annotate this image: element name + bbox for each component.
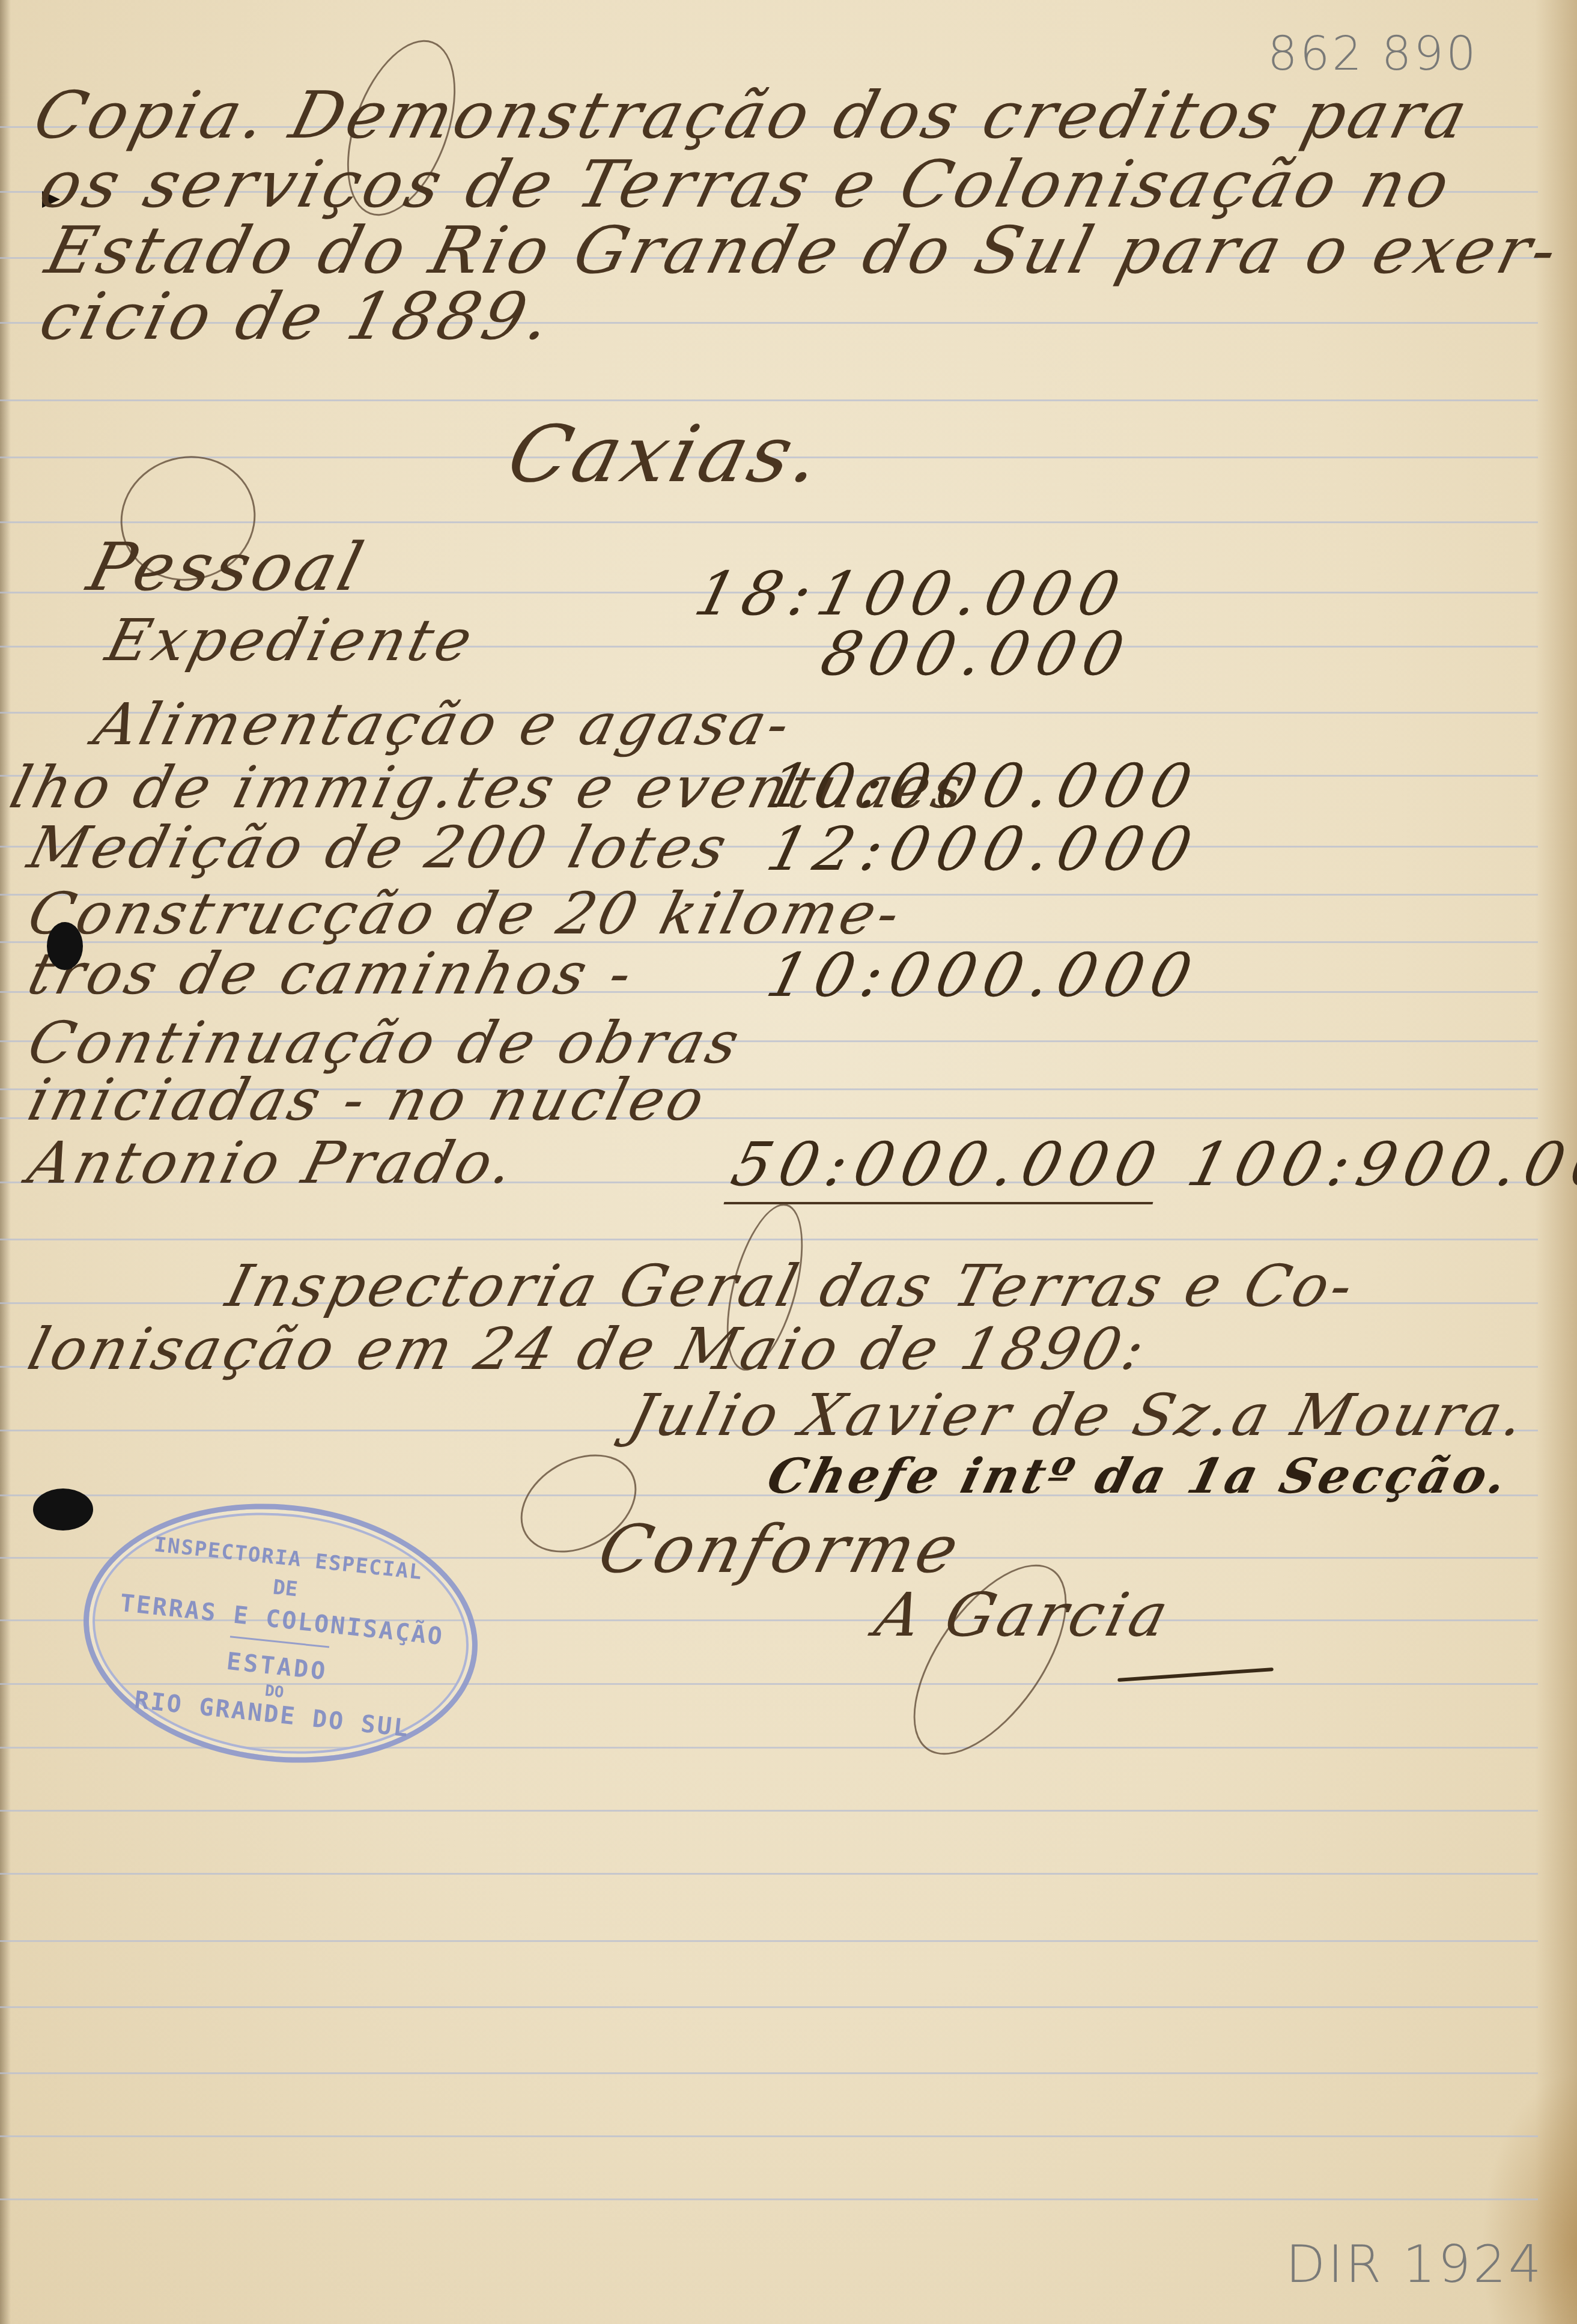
total-amount: 100:900.000 <box>1180 1129 1577 1200</box>
heading-line-4: cicio de 1889. <box>32 279 562 354</box>
official-stamp: INSPECTORIA ESPECIAL DE TERRAS E COLONIS… <box>70 1485 490 1782</box>
document-page: 862 890 Copia. Demonstração dos creditos… <box>0 0 1577 2324</box>
punch-hole-upper <box>47 922 83 970</box>
item-pessoal-label: Pessoal <box>81 529 374 605</box>
heading-line-1: Copia. Demonstração dos creditos para <box>26 78 1477 153</box>
approval-signature: A Garcia <box>868 1580 1178 1650</box>
archive-number: 862 890 <box>1268 27 1478 81</box>
item-continuacao-label-2: iniciadas - no nucleo <box>22 1066 714 1133</box>
closing-line-2: lonisação em 24 de Maio de 1890: <box>22 1315 1155 1383</box>
closing-line-1: Inspectoria Geral das Terras e Co- <box>220 1252 1363 1320</box>
item-alimentacao-amount: 10:000.000 <box>760 751 1207 821</box>
section-title: Caxias. <box>499 408 834 500</box>
item-construccao-amount: 10:000.000 <box>760 940 1207 1010</box>
item-expediente-label: Expediente <box>100 607 482 674</box>
item-medicao-label: Medição de 200 lotes <box>22 814 737 881</box>
signature-underline <box>1117 1667 1274 1682</box>
item-continuacao-label-3: Antonio Prado. <box>22 1129 524 1197</box>
punch-hole-lower <box>33 1488 93 1531</box>
paper-left-edge <box>0 0 11 2324</box>
item-continuacao-amount: 50:000.000 <box>723 1129 1171 1204</box>
item-alimentacao-label-1: Alimentação e agasa- <box>88 691 800 758</box>
item-expediente-amount: 800.000 <box>814 619 1139 689</box>
item-construccao-label-2: tros de caminhos - <box>22 940 642 1007</box>
item-medicao-amount: 12:000.000 <box>760 814 1207 884</box>
signatory-title: Chefe intº da 1a Secção. <box>762 1448 1516 1504</box>
signatory-name: Julio Xavier de Sz.a Moura. <box>622 1382 1535 1449</box>
heading-line-3: Estado do Rio Grande do Sul para o exer- <box>38 213 1568 288</box>
heading-line-2: os serviços de Terras e Colonisação no <box>32 147 1460 222</box>
archive-code: DIR 1924 <box>1286 2234 1544 2295</box>
stamp-divider <box>230 1636 330 1648</box>
approval-word: Conforme <box>591 1511 970 1588</box>
item-construccao-label-1: Construcção de 20 kilome- <box>22 880 910 947</box>
